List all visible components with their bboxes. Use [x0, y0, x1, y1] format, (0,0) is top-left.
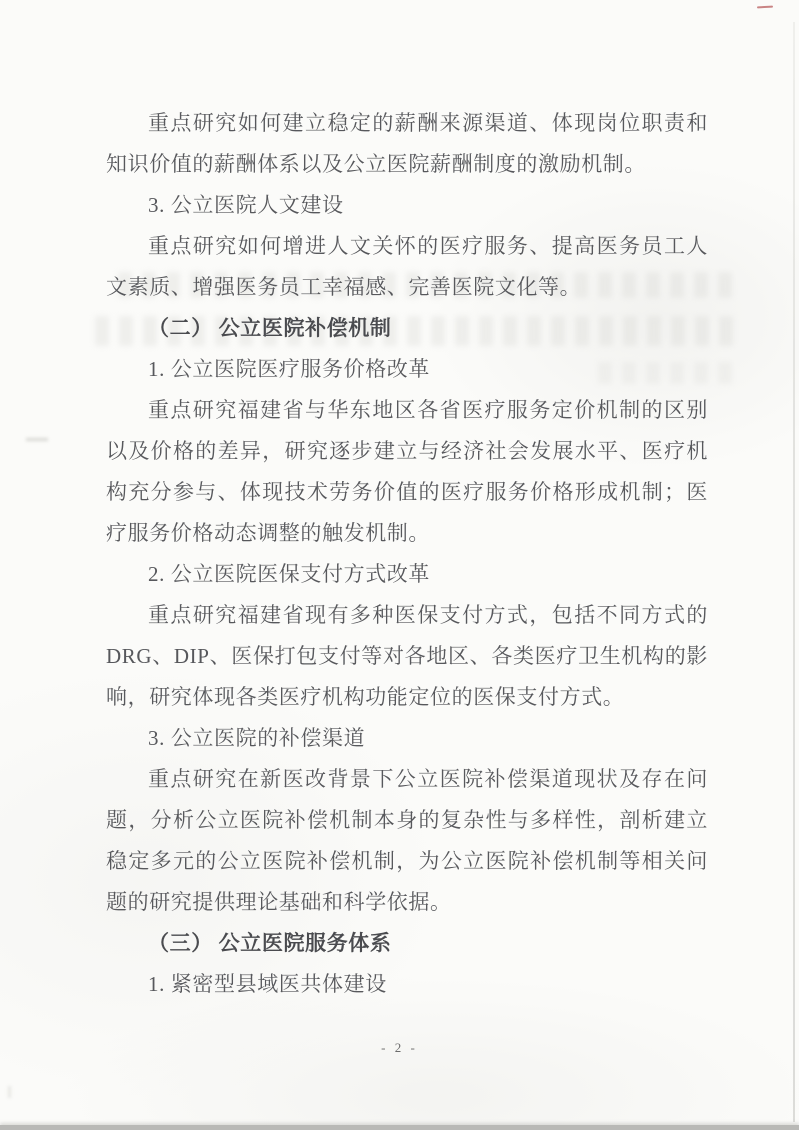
numbered-heading: 3. 公立医院的补偿渠道	[106, 718, 708, 759]
document-body: 重点研究如何建立稳定的薪酬来源渠道、体现岗位职责和知识价值的薪酬体系以及公立医院…	[106, 103, 708, 1005]
paragraph: 重点研究福建省现有多种医保支付方式，包括不同方式的DRG、DIP、医保打包支付等…	[106, 595, 708, 718]
scan-red-mark	[757, 6, 773, 9]
section-heading: （三） 公立医院服务体系	[106, 923, 708, 964]
scan-edge-bottom	[0, 1125, 799, 1130]
numbered-heading: 3. 公立医院人文建设	[106, 185, 708, 226]
paragraph: 重点研究福建省与华东地区各省医疗服务定价机制的区别以及价格的差异，研究逐步建立与…	[106, 390, 708, 554]
numbered-heading: 1. 紧密型县域医共体建设	[106, 964, 708, 1005]
scan-smudge	[26, 438, 48, 441]
numbered-heading: 2. 公立医院医保支付方式改革	[106, 554, 708, 595]
section-heading: （二） 公立医院补偿机制	[106, 308, 708, 349]
paragraph: 重点研究如何增进人文关怀的医疗服务、提高医务员工人文素质、增强医务员工幸福感、完…	[106, 226, 708, 308]
document-page: 重点研究如何建立稳定的薪酬来源渠道、体现岗位职责和知识价值的薪酬体系以及公立医院…	[0, 0, 799, 1130]
scan-smudge	[8, 1086, 11, 1098]
numbered-heading: 1. 公立医院医疗服务价格改革	[106, 349, 708, 390]
page-number: - 2 -	[0, 1040, 799, 1056]
paragraph: 重点研究如何建立稳定的薪酬来源渠道、体现岗位职责和知识价值的薪酬体系以及公立医院…	[106, 103, 708, 185]
scan-edge-right	[793, 22, 795, 1122]
paragraph: 重点研究在新医改背景下公立医院补偿渠道现状及存在问题，分析公立医院补偿机制本身的…	[106, 759, 708, 923]
